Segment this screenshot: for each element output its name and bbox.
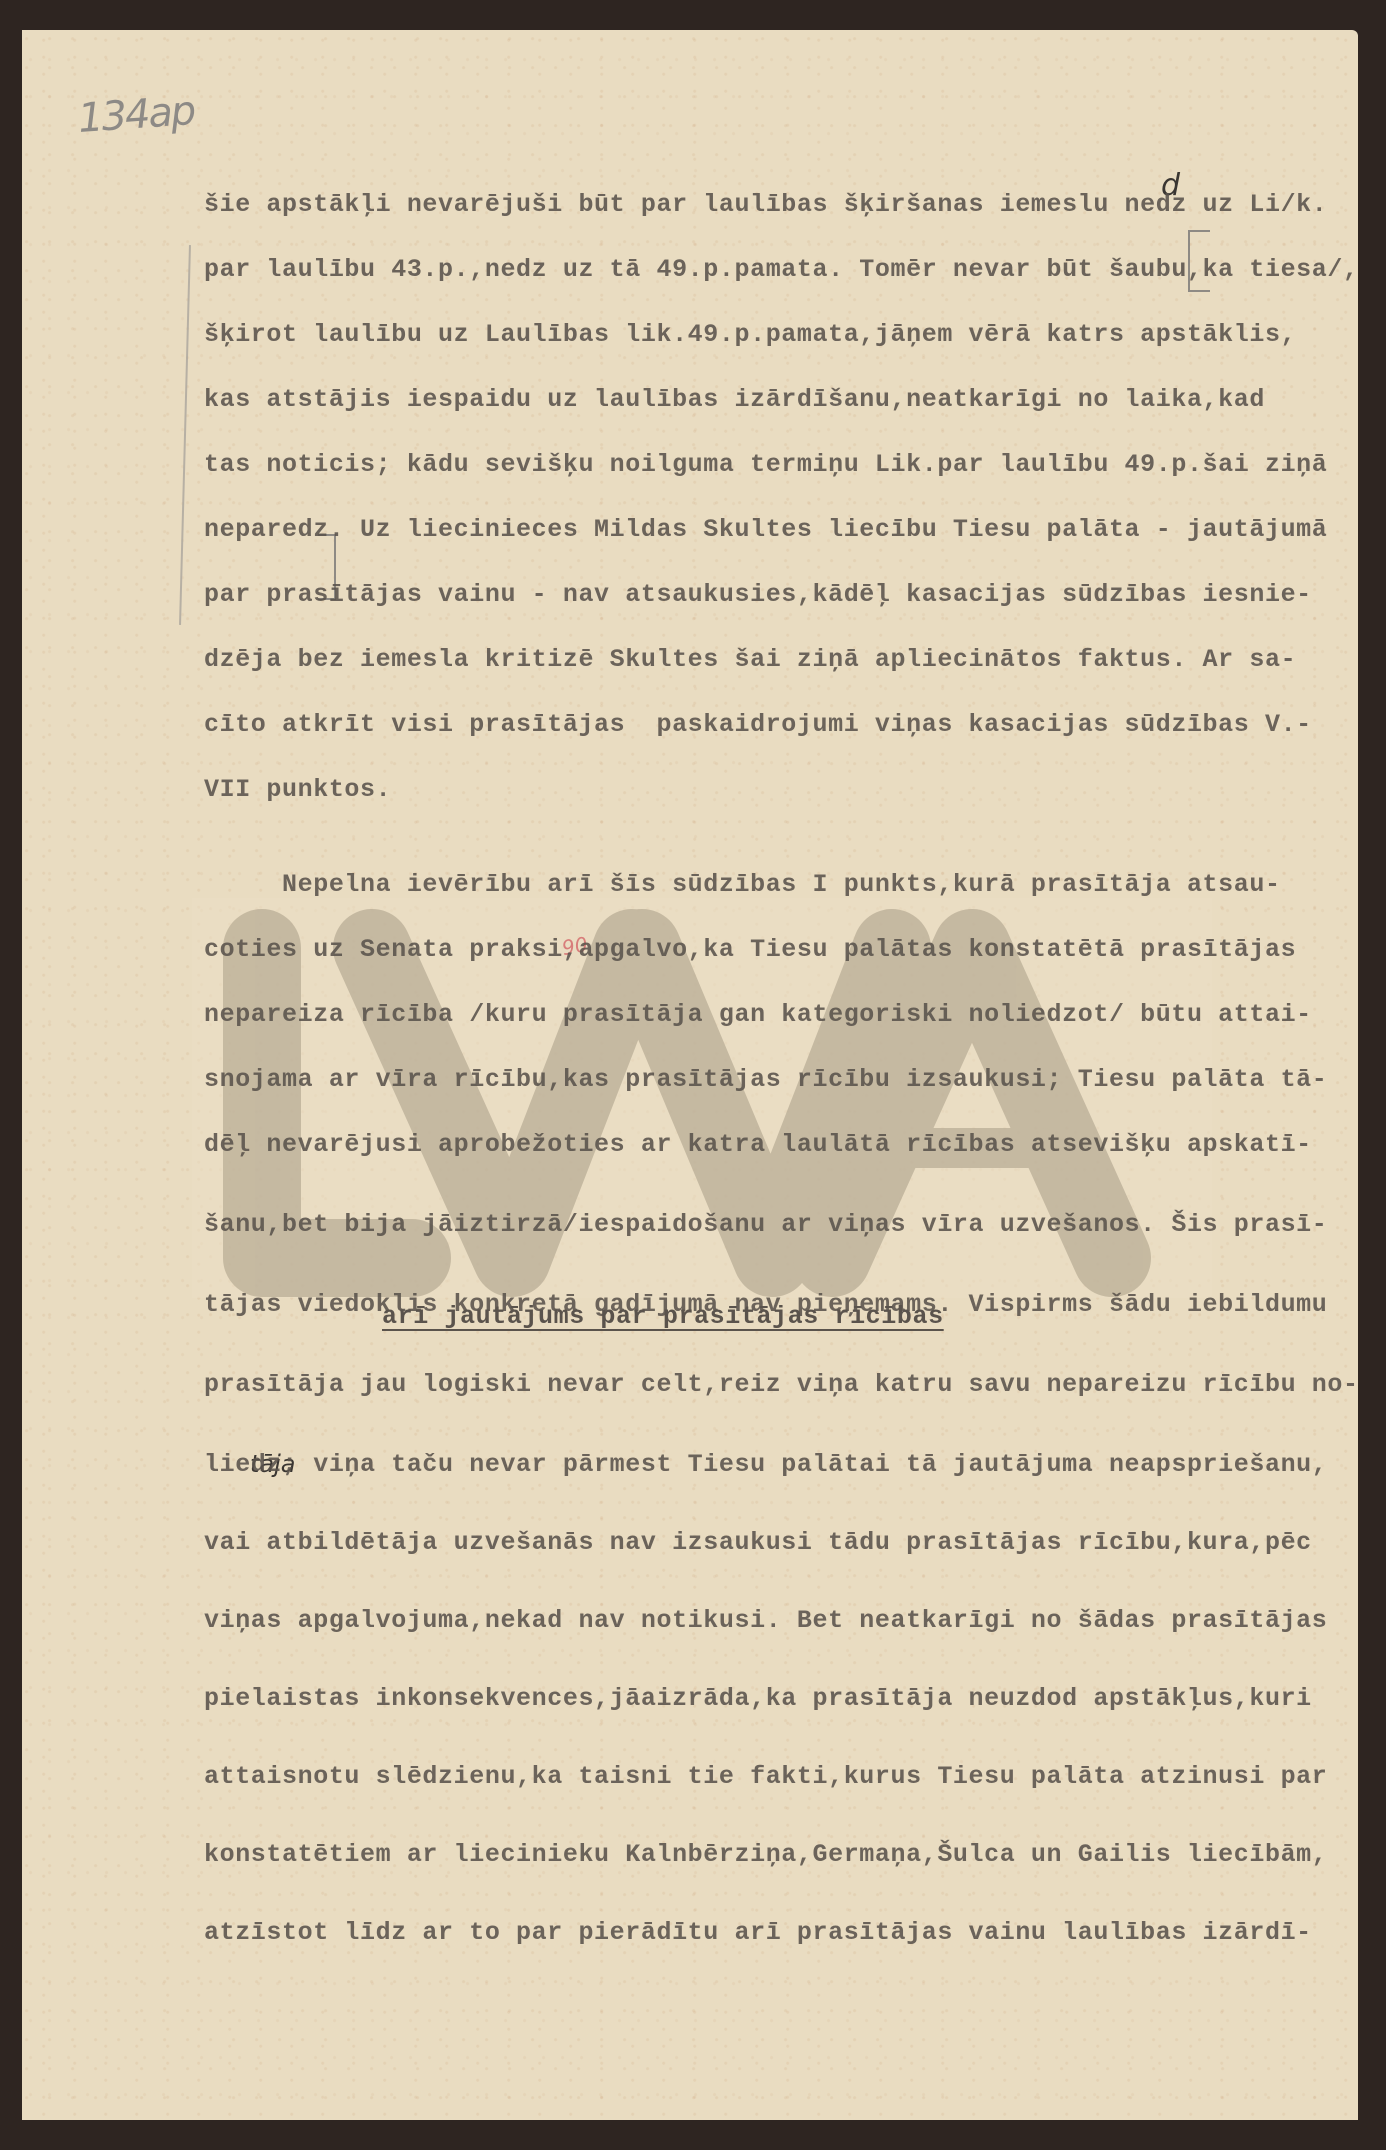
text-line: prasītāja jau logiski nevar celt,reiz vi… xyxy=(204,1370,1359,1399)
text-line: cīto atkrīt visi prasītājas paskaidrojum… xyxy=(204,710,1312,739)
text-line: atzīstot līdz ar to par pierādītu arī pr… xyxy=(204,1918,1312,1947)
text-line: coties uz Senata praksi,apgalvo,ka Tiesu… xyxy=(204,935,1296,964)
text-line: šķirot laulību uz Laulības lik.49.p.pama… xyxy=(204,320,1296,349)
text-line: šanu,bet bija jāiztirzā/iespaidošanu ar … xyxy=(204,1210,1327,1239)
text-line: viņas apgalvojuma,nekad nav notikusi. Be… xyxy=(204,1606,1327,1635)
folio-number: 134ap xyxy=(77,88,196,142)
text-line: pielaistas inkonsekvences,jāaizrāda,ka p… xyxy=(204,1684,1312,1713)
interlinear-insert: arī jautājums par prasītājas rīcības xyxy=(382,1302,944,1331)
text-line: VII punktos. xyxy=(204,775,391,804)
text-line: dēļ nevarējusi aprobežoties ar katra lau… xyxy=(204,1130,1312,1159)
text-line: tas noticis; kādu sevišķu noilguma termi… xyxy=(204,450,1327,479)
text-line: kas atstājis iespaidu uz laulības izārdī… xyxy=(204,385,1265,414)
text-line: nepareiza rīcība /kuru prasītāja gan kat… xyxy=(204,1000,1312,1029)
text-line: konstatētiem ar liecinieku Kalnbērziņa,G… xyxy=(204,1840,1327,1869)
text-line: šie apstākļi nevarējuši būt par laulības… xyxy=(204,190,1327,219)
text-line: attaisnotu slēdzienu,ka taisni tie fakti… xyxy=(204,1762,1327,1791)
text-line: Nepelna ievērību arī šīs sūdzības I punk… xyxy=(204,870,1281,899)
text-line: par prasītājas vainu - nav atsaukusies,k… xyxy=(204,580,1312,609)
text-line: par laulību 43.p.,nedz uz tā 49.p.pamata… xyxy=(204,255,1359,284)
text-line: liedz; viņa taču nevar pārmest Tiesu pal… xyxy=(204,1450,1327,1479)
text-line: snojama ar vīra rīcību,kas prasītājas rī… xyxy=(204,1065,1327,1094)
text-line: neparedz. Uz liecinieces Mildas Skultes … xyxy=(204,515,1327,544)
text-line: vai atbildētāja uzvešanās nav izsaukusi … xyxy=(204,1528,1312,1557)
text-line: dzēja bez iemesla kritizē Skultes šai zi… xyxy=(204,645,1296,674)
document-page: 134ap 90 d tāja šie apstākļi nevarējuši … xyxy=(22,30,1358,2120)
pencil-margin-line xyxy=(179,245,191,625)
